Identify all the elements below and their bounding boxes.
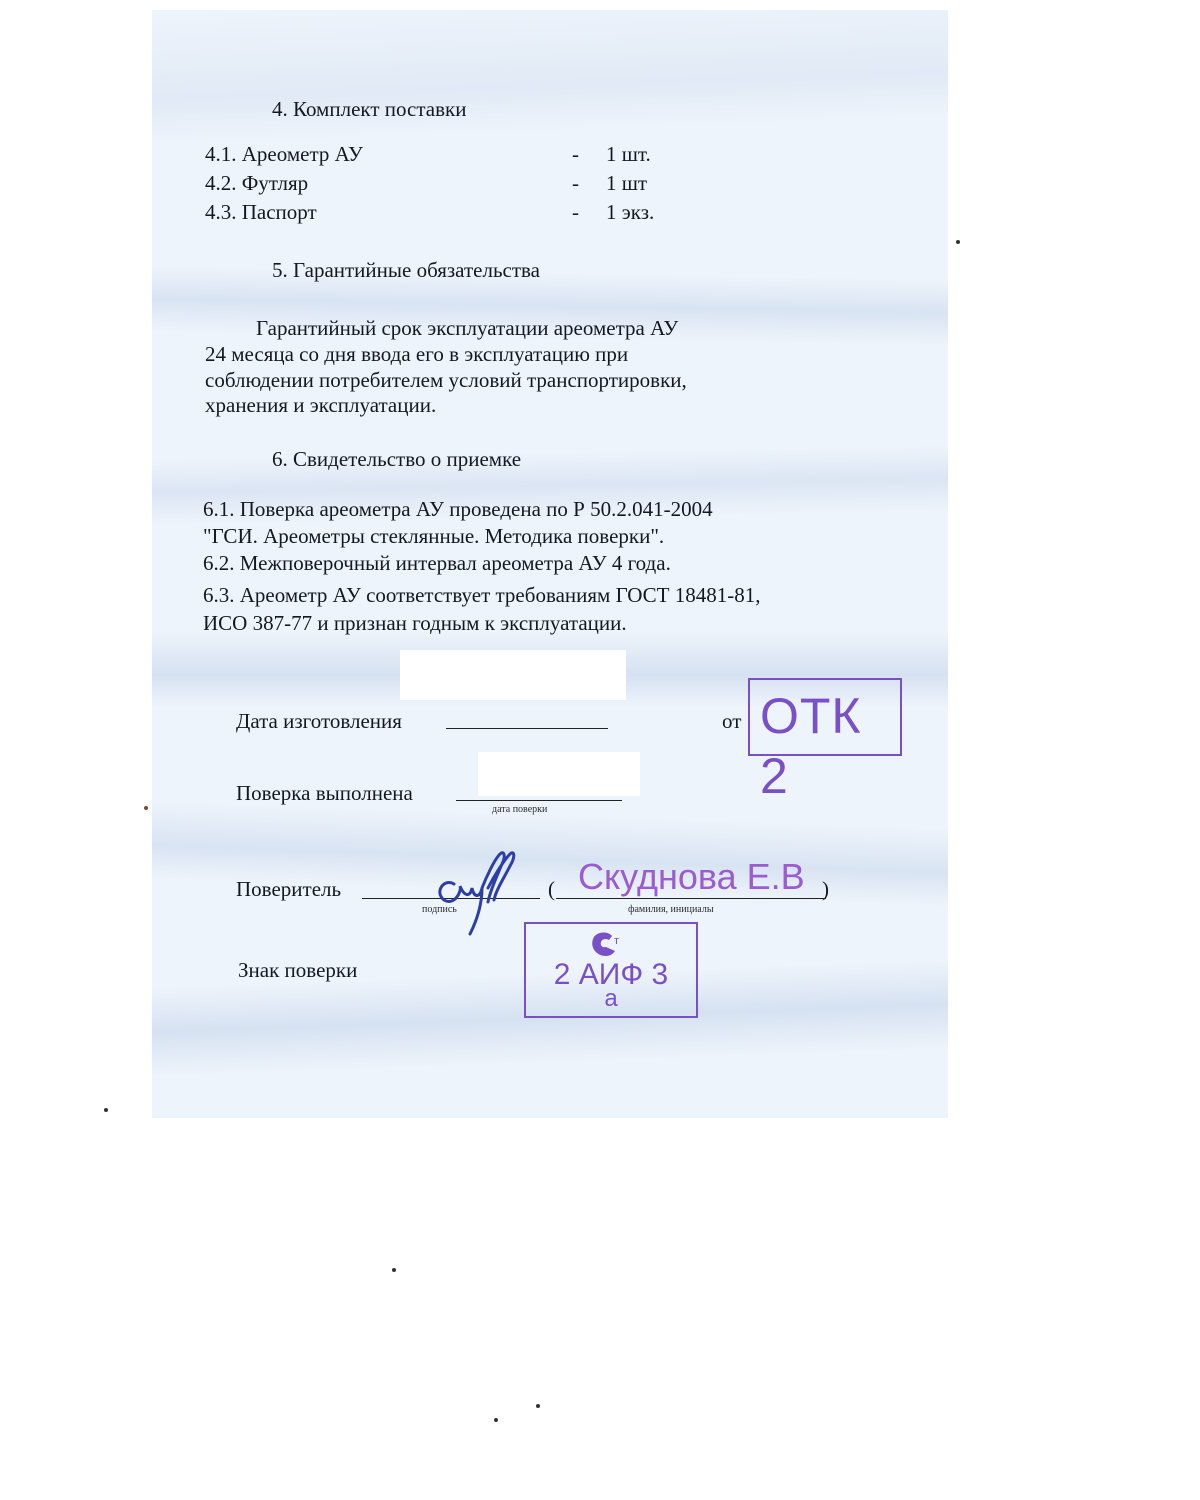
otk-stamp-text: ОТК 2 [760, 686, 900, 806]
kit-item-qty: 1 шт [606, 170, 647, 196]
verification-mark-stamp: т 2 АИФ 3 а [524, 922, 698, 1018]
close-paren: ) [822, 876, 829, 902]
name-field [556, 898, 826, 899]
svg-text:т: т [614, 935, 619, 947]
name-caption: фамилия, инициалы [628, 904, 714, 916]
verification-label: Поверка выполнена [236, 780, 413, 806]
redacted-area [400, 650, 626, 700]
otk-stamp: ОТК 2 [748, 678, 902, 756]
acceptance-line: "ГСИ. Ареометры стеклянные. Методика пов… [203, 523, 664, 549]
section-4-title: 4. Комплект поставки [272, 96, 466, 122]
scan-speck [956, 240, 960, 244]
redacted-area [478, 752, 640, 796]
kit-item-dash: - [572, 170, 579, 196]
rst-logo-icon: т [590, 930, 624, 958]
otk-prefix: от [722, 708, 741, 734]
scan-speck [494, 1418, 498, 1422]
verifier-label: Поверитель [236, 876, 341, 902]
warranty-line: соблюдении потребителем условий транспор… [205, 367, 687, 393]
scan-speck [536, 1404, 540, 1408]
kit-item-label: 4.3. Паспорт [205, 199, 317, 225]
section-6-title: 6. Свидетельство о приемке [272, 446, 521, 472]
kit-item-qty: 1 экз. [606, 199, 654, 225]
acceptance-line: 6.2. Межповерочный интервал ареометра АУ… [203, 550, 671, 576]
manufacture-date-label: Дата изготовления [236, 708, 402, 734]
scan-speck [144, 806, 148, 810]
verification-date-caption: дата поверки [492, 804, 547, 816]
kit-item-dash: - [572, 199, 579, 225]
acceptance-line: 6.3. Ареометр АУ соответствует требовани… [203, 582, 760, 608]
scan-speck [104, 1108, 108, 1112]
warranty-line: Гарантийный срок эксплуатации ареометра … [256, 315, 678, 341]
verification-mark-suffix: а [526, 986, 696, 1012]
acceptance-line: ИСО 387-77 и признан годным к эксплуатац… [203, 610, 627, 636]
manufacture-date-field [446, 728, 608, 729]
kit-item-label: 4.2. Футляр [205, 170, 308, 196]
verification-date-field [456, 800, 622, 801]
scan-speck [392, 1268, 396, 1272]
kit-item-dash: - [572, 141, 579, 167]
name-stamp: Скуднова Е.В [578, 856, 805, 898]
warranty-line: 24 месяца со дня ввода его в эксплуатаци… [205, 341, 628, 367]
open-paren: ( [548, 876, 555, 902]
verification-mark-label: Знак поверки [238, 957, 357, 983]
kit-item-qty: 1 шт. [606, 141, 651, 167]
kit-item-label: 4.1. Ареометр АУ [205, 141, 363, 167]
section-5-title: 5. Гарантийные обязательства [272, 257, 540, 283]
warranty-line: хранения и эксплуатации. [205, 392, 436, 418]
acceptance-line: 6.1. Поверка ареометра АУ проведена по Р… [203, 496, 713, 522]
